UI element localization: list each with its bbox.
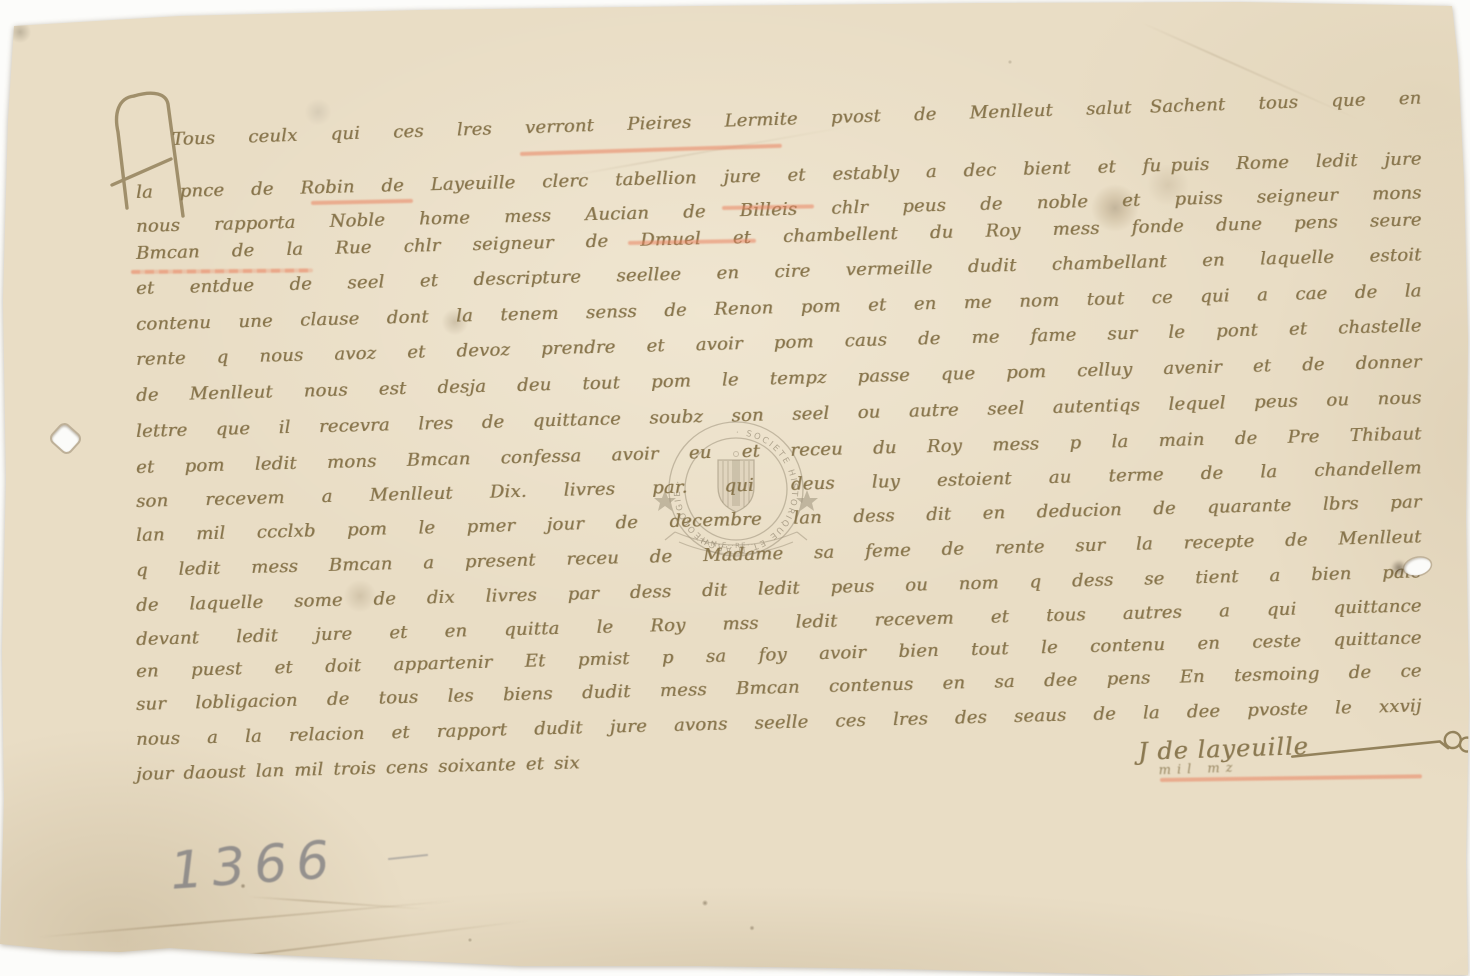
trefoil-flourish-icon bbox=[1289, 728, 1470, 769]
parchment-wrap: · SOCIETE HISTORIQUE ET D'ARCHEOLOGIE · bbox=[0, 0, 1470, 976]
parchment: · SOCIETE HISTORIQUE ET D'ARCHEOLOGIE · bbox=[0, 0, 1470, 976]
pencil-date-annotation: 1366 bbox=[168, 830, 340, 902]
signature-subscript: mil mz bbox=[1158, 761, 1238, 779]
signature-block: J de layeuille mil mz bbox=[1138, 732, 1310, 766]
scanned-document-photo: · SOCIETE HISTORIQUE ET D'ARCHEOLOGIE · bbox=[0, 0, 1470, 976]
